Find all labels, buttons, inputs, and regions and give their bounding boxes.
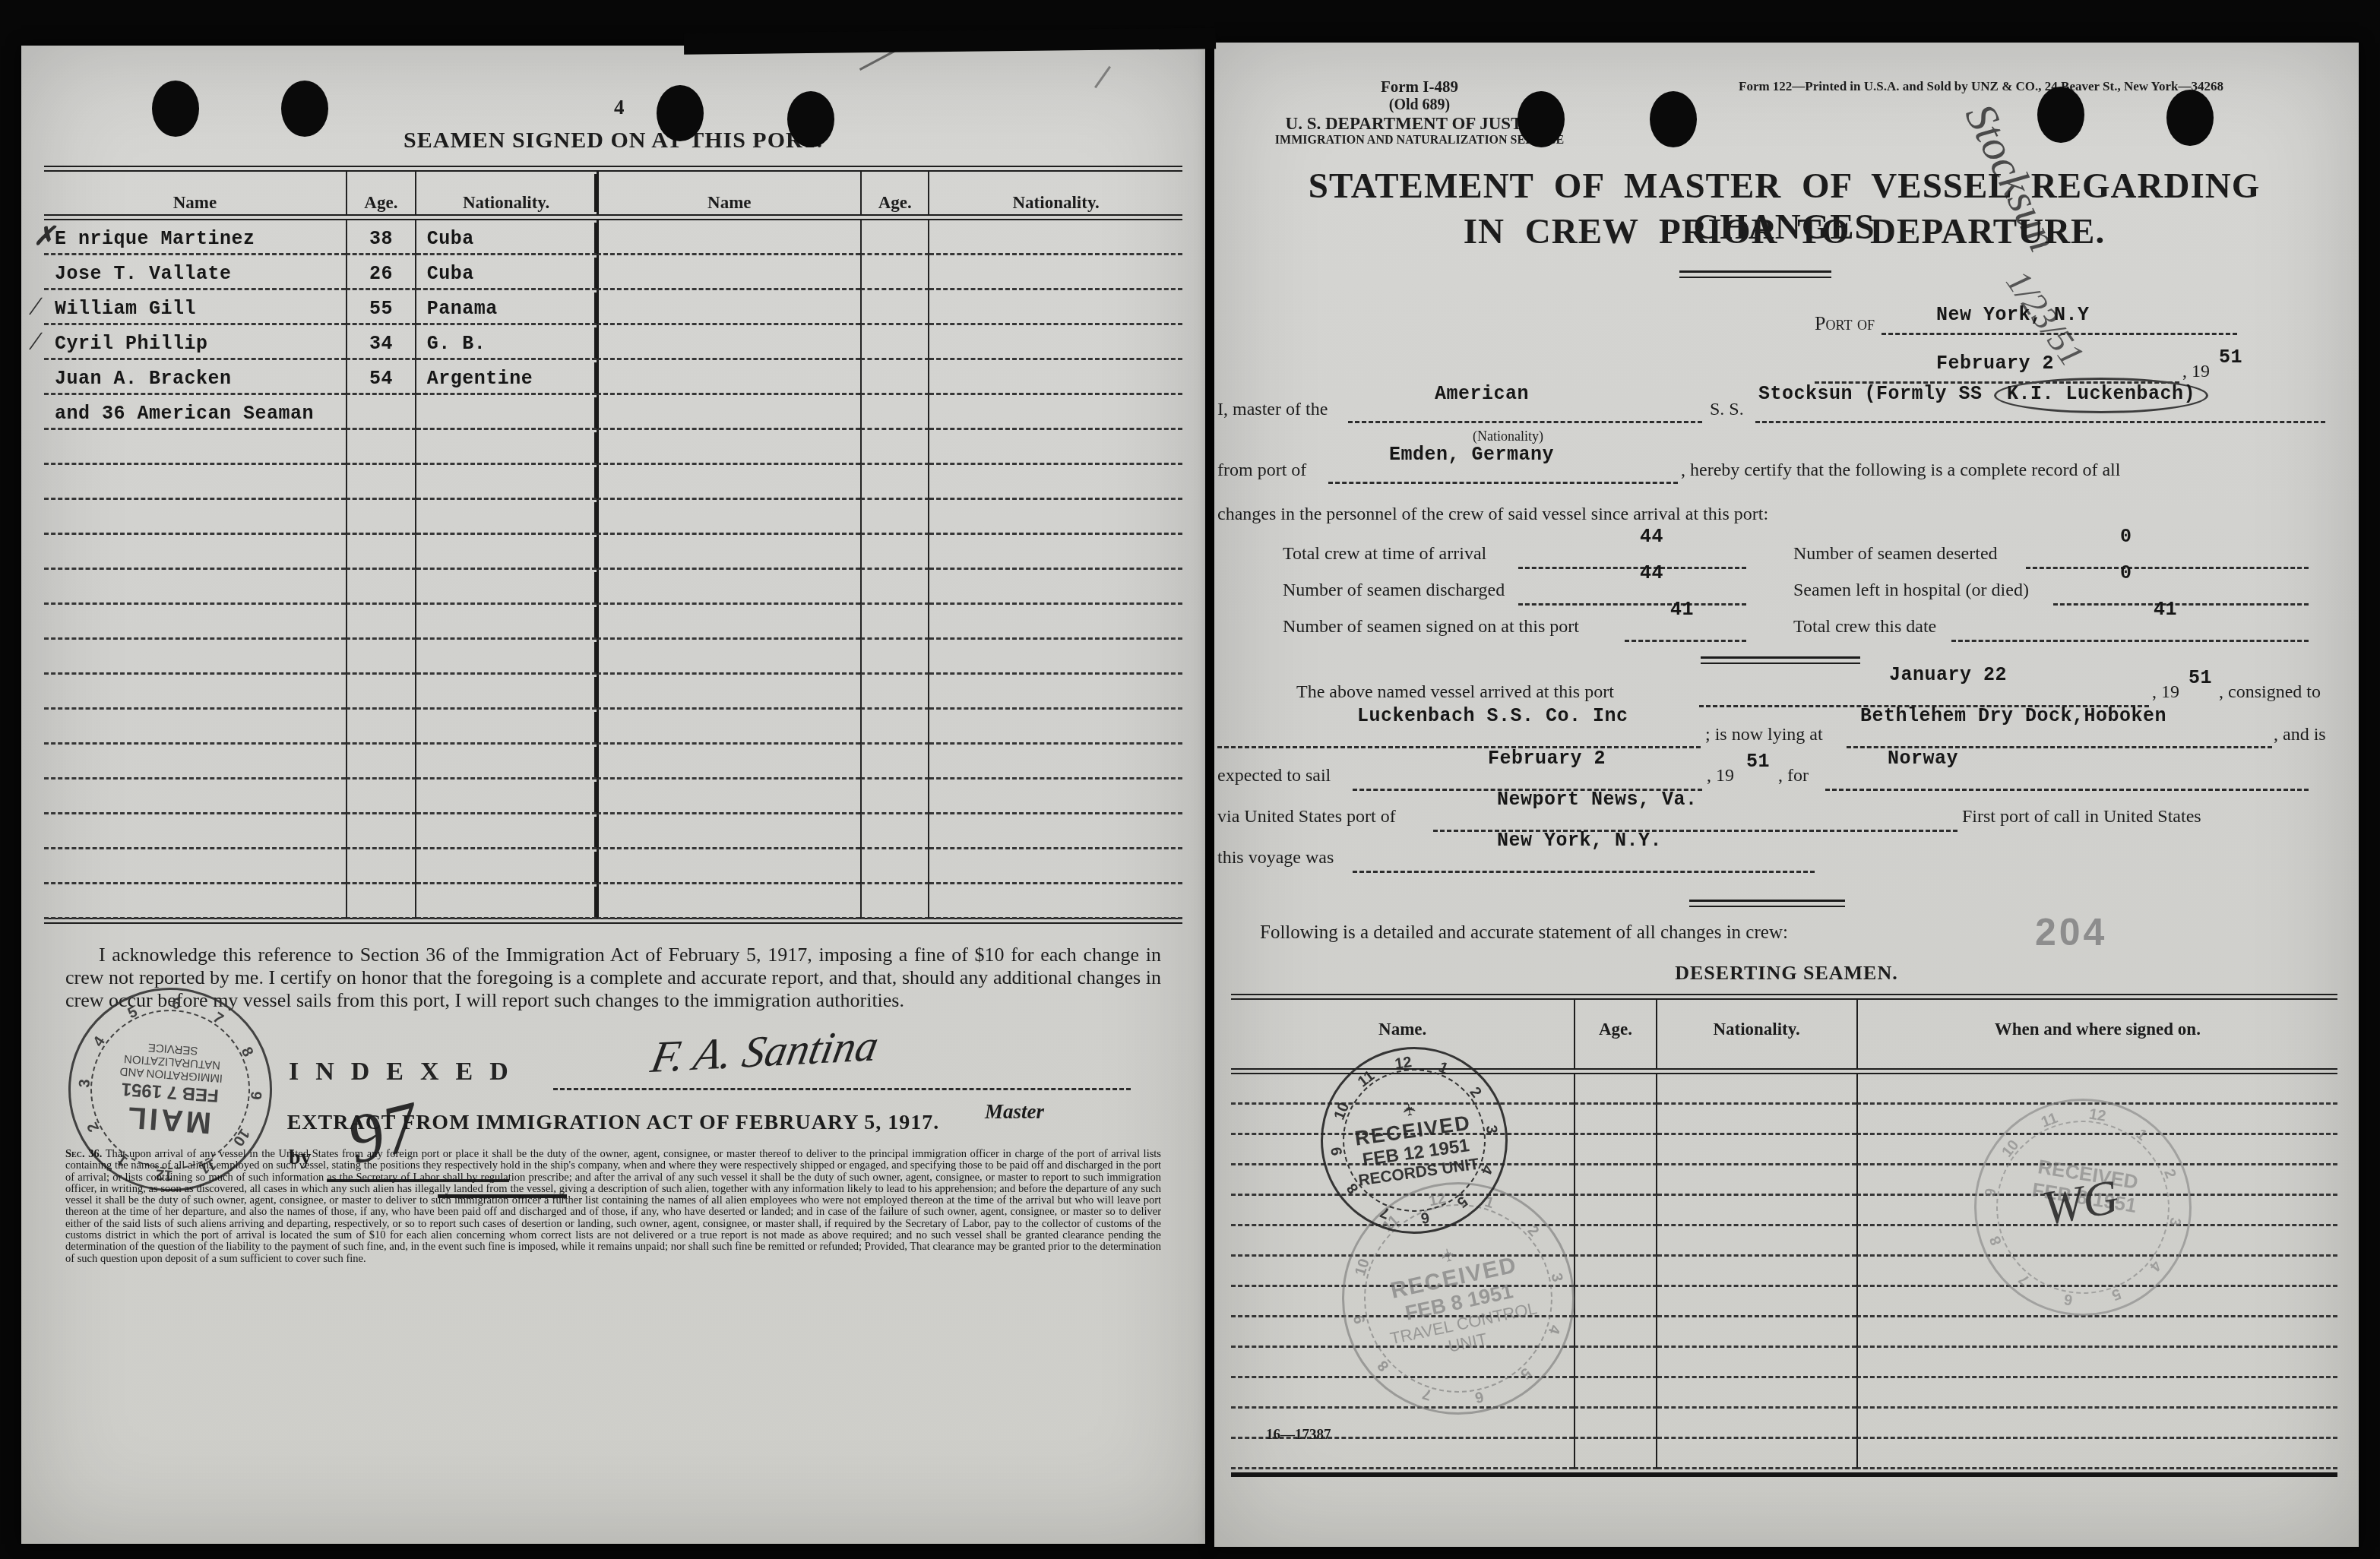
- empty-cell: [416, 710, 597, 745]
- empty-cell: [860, 640, 929, 675]
- name-cell: William Gill∕: [44, 290, 346, 325]
- name-cell-2: [597, 220, 861, 255]
- empty-cell: [1574, 1165, 1657, 1196]
- empty-cell: [929, 814, 1182, 849]
- stamp-rim-number: 3: [76, 1079, 94, 1089]
- punch-hole: [152, 81, 199, 137]
- empty-cell: [929, 884, 1182, 919]
- age-cell-value: 54: [369, 368, 393, 390]
- empty-cell: [416, 605, 597, 640]
- nationality-sublabel: (Nationality): [1473, 428, 1543, 444]
- column-header: Name: [597, 172, 861, 214]
- empty-cell: [929, 465, 1182, 500]
- stamp-rim-number: 4: [2145, 1257, 2164, 1274]
- stat-line: [1951, 640, 2309, 642]
- title-underline: [1679, 270, 1831, 278]
- stat-line: [1518, 567, 1746, 569]
- empty-cell: [346, 605, 416, 640]
- sail-year: 51: [1746, 751, 1770, 773]
- extract-text: That upon arrival of any vessel in the U…: [65, 1148, 1161, 1265]
- empty-table-row: [44, 675, 1182, 710]
- empty-cell: [860, 605, 929, 640]
- signature-line: [553, 1088, 1131, 1090]
- certify-text2: changes in the personnel of the crew of …: [1217, 504, 1768, 525]
- empty-cell: [44, 640, 346, 675]
- empty-cell: [346, 640, 416, 675]
- column-header: Age.: [346, 172, 416, 214]
- indexed-stamp: INDEXED: [289, 1058, 525, 1086]
- sail-date: February 2: [1488, 748, 1606, 770]
- empty-table-row: [44, 535, 1182, 570]
- pen-check-mark: ∕: [33, 327, 38, 356]
- left-page: 4 SEAMEN SIGNED ON AT THIS PORT. NameAge…: [21, 46, 1205, 1544]
- empty-cell: [1574, 1135, 1657, 1165]
- nationality-cell-value: Cuba: [427, 263, 474, 285]
- empty-cell: [1574, 1287, 1657, 1317]
- empty-cell: [346, 779, 416, 814]
- age-cell: 55: [346, 290, 416, 325]
- stamp-rim-number: 5: [1516, 1364, 1534, 1383]
- nationality-cell-value: Argentine: [427, 368, 533, 390]
- empty-cell: [1657, 1135, 1856, 1165]
- empty-cell: [929, 570, 1182, 605]
- name-cell-2: [597, 360, 861, 395]
- empty-table-row: [44, 570, 1182, 605]
- stamp-rim-number: 4: [1476, 1162, 1495, 1177]
- date-year-value: 51: [2219, 346, 2242, 368]
- certify-text: , hereby certify that the following is a…: [1681, 460, 2120, 481]
- stamp-rim-number: 9: [1982, 1187, 2000, 1199]
- empty-cell: [1574, 1317, 1657, 1348]
- empty-cell: [416, 884, 597, 919]
- empty-cell: [1657, 1257, 1856, 1287]
- name-cell: E nrique Martinez✗: [44, 220, 346, 255]
- empty-cell: [597, 884, 861, 919]
- voyage-line: [1353, 871, 1815, 873]
- name-cell-2: [597, 290, 861, 325]
- via-label: via United States port of: [1217, 807, 1396, 827]
- empty-table-row: [1231, 1409, 2337, 1439]
- arrived-year-prefix: , 19: [2152, 682, 2179, 703]
- empty-table-row: [44, 710, 1182, 745]
- empty-cell: [1574, 1196, 1657, 1226]
- empty-cell: [929, 535, 1182, 570]
- column-header: Age.: [860, 172, 929, 214]
- empty-cell: [1657, 1074, 1856, 1105]
- name-cell: Juan A. Bracken: [44, 360, 346, 395]
- stamp-rim-number: 8: [1343, 1179, 1362, 1197]
- age-cell-value: 38: [369, 228, 393, 250]
- punch-hole: [1518, 91, 1565, 147]
- table-row: William Gill∕55Panama: [44, 290, 1182, 325]
- empty-cell: [1574, 1105, 1657, 1135]
- empty-cell: [597, 605, 861, 640]
- empty-cell: [597, 500, 861, 535]
- total-crew-arrival-value: 44: [1640, 526, 1663, 548]
- name-cell: Cyril Phillip∕: [44, 325, 346, 360]
- empty-cell: [929, 710, 1182, 745]
- empty-cell: [597, 814, 861, 849]
- nationality-cell-2: [929, 220, 1182, 255]
- lying-label: ; is now lying at: [1705, 725, 1823, 745]
- master-of-label: I, master of the: [1217, 400, 1328, 420]
- table-top-rule: [44, 166, 1182, 172]
- seamen-table: NameAge.Nationality.NameAge.Nationality.…: [44, 166, 1182, 924]
- nationality-cell-value: G. B.: [427, 333, 486, 355]
- section-rule: [1689, 900, 1845, 907]
- extract-lead: Sec. 36.: [65, 1148, 102, 1160]
- empty-cell: [346, 500, 416, 535]
- empty-cell: [860, 710, 929, 745]
- nationality-cell: [416, 395, 597, 430]
- empty-table-row: [44, 849, 1182, 884]
- empty-cell: [1574, 1257, 1657, 1287]
- nationality-line: [1348, 421, 1702, 423]
- stat-line: [1518, 603, 1746, 606]
- deserted-label: Number of seamen deserted: [1793, 544, 1998, 564]
- age-cell-value: 26: [369, 263, 393, 285]
- empty-cell: [1657, 1409, 1856, 1439]
- empty-cell: [1856, 1409, 2337, 1439]
- empty-cell: [1231, 1439, 1574, 1469]
- nationality-cell: Argentine: [416, 360, 597, 395]
- empty-table-row: [44, 814, 1182, 849]
- nationality-cell: G. B.: [416, 325, 597, 360]
- empty-table-row: [44, 430, 1182, 465]
- empty-cell: [1856, 1439, 2337, 1469]
- stamp-rim-number: 6: [2063, 1289, 2075, 1308]
- and-is-label: , and is: [2274, 725, 2326, 745]
- empty-cell: [346, 430, 416, 465]
- empty-cell: [416, 570, 597, 605]
- empty-cell: [346, 745, 416, 779]
- header-rule: [44, 214, 1182, 220]
- arrived-date: January 22: [1889, 664, 2007, 686]
- empty-cell: [416, 779, 597, 814]
- table-header-row: NameAge.Nationality.NameAge.Nationality.: [44, 172, 1182, 214]
- empty-cell: [1574, 1074, 1657, 1105]
- age-cell: 34: [346, 325, 416, 360]
- discharged-value: 44: [1640, 562, 1663, 584]
- empty-cell: [416, 640, 597, 675]
- stamp-rim-number: 6: [171, 995, 181, 1014]
- empty-cell: [44, 675, 346, 710]
- empty-cell: [1856, 1348, 2337, 1378]
- pen-check-mark: ∕: [33, 293, 38, 321]
- age-cell-2: [860, 290, 929, 325]
- deserting-heading: DESERTING SEAMEN.: [1214, 962, 2359, 985]
- empty-cell: [346, 465, 416, 500]
- arrived-year: 51: [2189, 667, 2212, 689]
- empty-cell: [597, 570, 861, 605]
- table-row: Juan A. Bracken54Argentine: [44, 360, 1182, 395]
- empty-table-row: [44, 500, 1182, 535]
- empty-cell: [44, 884, 346, 919]
- empty-cell: [1657, 1439, 1856, 1469]
- empty-cell: [44, 570, 346, 605]
- empty-cell: [44, 430, 346, 465]
- age-cell-2: [860, 325, 929, 360]
- nationality-cell: Cuba: [416, 220, 597, 255]
- nationality-cell-2: [929, 325, 1182, 360]
- nationality-value: American: [1435, 383, 1529, 405]
- from-port-value: Emden, Germany: [1389, 444, 1554, 466]
- name-cell-value: Cyril Phillip: [55, 333, 208, 355]
- empty-cell: [929, 849, 1182, 884]
- nationality-cell-2: [929, 395, 1182, 430]
- column-header: Age.: [1574, 1000, 1657, 1068]
- vessel-value: Stocksun (Formly SS K.I. Luckenbach): [1758, 383, 2208, 405]
- nationality-cell-2: [929, 255, 1182, 290]
- via-value: Newport News, Va.: [1497, 789, 1698, 811]
- age-cell-2: [860, 360, 929, 395]
- empty-cell: [1657, 1287, 1856, 1317]
- empty-cell: [44, 779, 346, 814]
- stamp-rim-number: 8: [237, 1045, 257, 1060]
- sail-year-prefix: , 19: [1707, 766, 1734, 786]
- page-number: 4: [614, 96, 625, 119]
- empty-cell: [346, 675, 416, 710]
- table-row: E nrique Martinez✗38Cuba: [44, 220, 1182, 255]
- empty-cell: [1574, 1439, 1657, 1469]
- extract-body: Sec. 36. That upon arrival of any vessel…: [65, 1149, 1161, 1265]
- empty-cell: [1657, 1196, 1856, 1226]
- empty-cell: [44, 465, 346, 500]
- empty-cell: [597, 675, 861, 710]
- empty-cell: [416, 465, 597, 500]
- empty-table-row: [44, 465, 1182, 500]
- total-crew-label: Total crew this date: [1793, 617, 1936, 637]
- total-crew-value: 41: [2154, 599, 2177, 621]
- date-year-prefix: , 19: [2182, 362, 2210, 382]
- nationality-cell-value: Cuba: [427, 228, 474, 250]
- stamp-rim-number: 12: [2087, 1105, 2107, 1125]
- stamp-rim-number: 3: [1482, 1124, 1500, 1135]
- punch-hole: [2166, 90, 2214, 146]
- hospital-value: 0: [2120, 562, 2132, 584]
- stamp-rim-number: 8: [1375, 1356, 1394, 1374]
- empty-table-row: [44, 640, 1182, 675]
- stamp-rim-number: 8: [1986, 1233, 2005, 1248]
- empty-cell: [346, 535, 416, 570]
- port-line: [1882, 333, 2237, 335]
- empty-table-row: [44, 605, 1182, 640]
- empty-table-row: [44, 884, 1182, 919]
- empty-cell: [1856, 1378, 2337, 1409]
- voyage-value: New York, N.Y.: [1497, 830, 1662, 852]
- from-port-line: [1328, 482, 1678, 484]
- empty-cell: [44, 500, 346, 535]
- empty-cell: [44, 710, 346, 745]
- vessel-circled: K.I. Luckenbach): [1994, 378, 2208, 413]
- empty-cell: [860, 465, 929, 500]
- sail-dest: Norway: [1888, 748, 1958, 770]
- empty-cell: [1657, 1348, 1856, 1378]
- stamp-rim-number: 1: [1436, 1059, 1451, 1078]
- empty-table-row: [44, 745, 1182, 779]
- age-cell: 38: [346, 220, 416, 255]
- empty-cell: [346, 710, 416, 745]
- sail-label: expected to sail: [1217, 766, 1331, 786]
- name-cell-value: Juan A. Bracken: [55, 368, 232, 390]
- empty-cell: [929, 745, 1182, 779]
- stamp-rim-number: 4: [1544, 1323, 1563, 1336]
- stat-line: [1625, 640, 1746, 642]
- empty-cell: [597, 430, 861, 465]
- first-port-label: First port of call in United States: [1962, 807, 2201, 827]
- acknowledgment-paragraph: I acknowledge this reference to Section …: [65, 944, 1161, 1012]
- empty-cell: [1574, 1226, 1657, 1257]
- nationality-cell-2: [929, 360, 1182, 395]
- stamp-rim-number: 3: [2165, 1216, 2183, 1228]
- empty-cell: [597, 849, 861, 884]
- from-port-label: from port of: [1217, 460, 1306, 481]
- empty-cell: [929, 605, 1182, 640]
- for-label: , for: [1778, 766, 1809, 786]
- empty-cell: [860, 570, 929, 605]
- hospital-label: Seamen left in hospital (or died): [1793, 580, 2029, 601]
- empty-cell: [860, 675, 929, 710]
- empty-cell: [860, 535, 929, 570]
- empty-cell: [1574, 1348, 1657, 1378]
- stamp-rim-number: 6: [1473, 1387, 1486, 1406]
- empty-cell: [416, 500, 597, 535]
- table-row: and 36 American Seaman: [44, 395, 1182, 430]
- empty-cell: [860, 500, 929, 535]
- column-header: When and where signed on.: [1856, 1000, 2337, 1068]
- table-row: Jose T. Vallate26Cuba: [44, 255, 1182, 290]
- voyage-label: this voyage was: [1217, 848, 1334, 868]
- age-cell: 26: [346, 255, 416, 290]
- punch-hole: [657, 85, 704, 141]
- stamp-rim-number: 2: [1524, 1222, 1543, 1241]
- stamp-rim-number: 2: [2160, 1167, 2179, 1181]
- name-cell: and 36 American Seaman: [44, 395, 346, 430]
- stamp-rim-number: 7: [1378, 1203, 1392, 1222]
- name-cell: Jose T. Vallate: [44, 255, 346, 290]
- empty-cell: [346, 849, 416, 884]
- punch-hole: [2037, 87, 2084, 143]
- date-value: February 2: [1936, 353, 2054, 375]
- age-cell-2: [860, 220, 929, 255]
- empty-cell: [416, 430, 597, 465]
- section-rule: [1701, 656, 1860, 664]
- master-signature: F. A. Santina: [647, 1020, 883, 1083]
- empty-cell: [929, 500, 1182, 535]
- port-of-label: Port of: [1815, 312, 1875, 335]
- signed-on-value: 41: [1670, 599, 1694, 621]
- empty-cell: [346, 814, 416, 849]
- age-cell-value: 34: [369, 333, 393, 355]
- age-cell: [346, 395, 416, 430]
- empty-cell: [597, 535, 861, 570]
- empty-cell: [44, 849, 346, 884]
- column-header: Nationality.: [929, 172, 1182, 214]
- stamp-rim-number: 3: [1547, 1272, 1566, 1284]
- stamp-rim-number: 1: [2132, 1126, 2150, 1145]
- empty-cell: [929, 430, 1182, 465]
- punch-hole: [787, 91, 834, 147]
- stat-line: [2026, 567, 2309, 569]
- page-number-stamp: 204: [2035, 910, 2107, 954]
- empty-cell: [416, 814, 597, 849]
- empty-cell: [416, 535, 597, 570]
- vessel-prefix: Stocksun (Formly SS: [1758, 383, 1994, 405]
- stamp-rim-number: 12: [1394, 1054, 1413, 1074]
- age-cell-2: [860, 255, 929, 290]
- table-bottom-rule: [1231, 1472, 2337, 1477]
- empty-cell: [416, 745, 597, 779]
- nationality-cell-2: [929, 290, 1182, 325]
- empty-cell: [597, 640, 861, 675]
- empty-cell: [860, 779, 929, 814]
- stamp-rim-number: 2: [1466, 1084, 1485, 1102]
- empty-cell: [1574, 1378, 1657, 1409]
- stamp-rim-number: 6: [1419, 1208, 1430, 1226]
- page-title: SEAMEN SIGNED ON AT THIS PORT.: [21, 128, 1205, 153]
- right-page: Form I-489 (Old 689) U. S. DEPARTMENT OF…: [1214, 43, 2359, 1547]
- stat-line: [2053, 603, 2309, 606]
- name-cell-value: Jose T. Vallate: [55, 263, 232, 285]
- port-of-value: New York, N.Y: [1936, 304, 2090, 326]
- name-cell-2: [597, 325, 861, 360]
- pen-mark: [1094, 66, 1111, 89]
- stamp-rim-number: 5: [1453, 1192, 1470, 1211]
- sail-dest-line: [1825, 789, 2309, 791]
- vessel-line: [1755, 421, 2325, 423]
- consignee-line: [1217, 746, 1701, 748]
- nationality-cell: Panama: [416, 290, 597, 325]
- empty-cell: [346, 884, 416, 919]
- stamp-rim-number: 7: [2016, 1270, 2033, 1289]
- name-cell-value: E nrique Martinez: [55, 228, 255, 250]
- empty-cell: [1657, 1105, 1856, 1135]
- extract-heading: EXTRACT FROM IMMIGRATION ACT OF FEBRUARY…: [21, 1111, 1205, 1135]
- column-header: Nationality.: [416, 172, 597, 214]
- stamp-rim-number: 5: [125, 1004, 141, 1023]
- pen-check-mark: ✗: [33, 221, 55, 251]
- punch-hole: [1650, 91, 1697, 147]
- empty-cell: [929, 779, 1182, 814]
- name-cell-value: and 36 American Seaman: [55, 403, 314, 425]
- empty-table-row: [1231, 1439, 2337, 1469]
- nationality-cell: Cuba: [416, 255, 597, 290]
- empty-cell: [597, 745, 861, 779]
- stamp-rim-number: 5: [2109, 1284, 2123, 1303]
- column-header: Nationality.: [1657, 1000, 1856, 1068]
- empty-cell: [416, 849, 597, 884]
- signed-on-label: Number of seamen signed on at this port: [1283, 617, 1579, 637]
- table-row: Cyril Phillip∕34G. B.: [44, 325, 1182, 360]
- age-cell-2: [860, 395, 929, 430]
- empty-cell: [860, 884, 929, 919]
- lying-value: Bethlehem Dry Dock,Hoboken: [1860, 705, 2166, 727]
- arrived-label: The above named vessel arrived at this p…: [1296, 682, 1614, 703]
- empty-cell: [597, 465, 861, 500]
- empty-cell: [1574, 1409, 1657, 1439]
- empty-cell: [44, 814, 346, 849]
- total-crew-arrival-label: Total crew at time of arrival: [1283, 544, 1486, 564]
- deserted-value: 0: [2120, 526, 2132, 548]
- empty-cell: [1657, 1378, 1856, 1409]
- consigned-label: , consigned to: [2219, 682, 2321, 703]
- empty-cell: [1657, 1317, 1856, 1348]
- empty-cell: [860, 430, 929, 465]
- age-cell-value: 55: [369, 298, 393, 320]
- following-text: Following is a detailed and accurate sta…: [1260, 922, 1788, 944]
- stamp-ring: [1334, 1060, 1495, 1221]
- ss-label: S. S.: [1710, 400, 1744, 420]
